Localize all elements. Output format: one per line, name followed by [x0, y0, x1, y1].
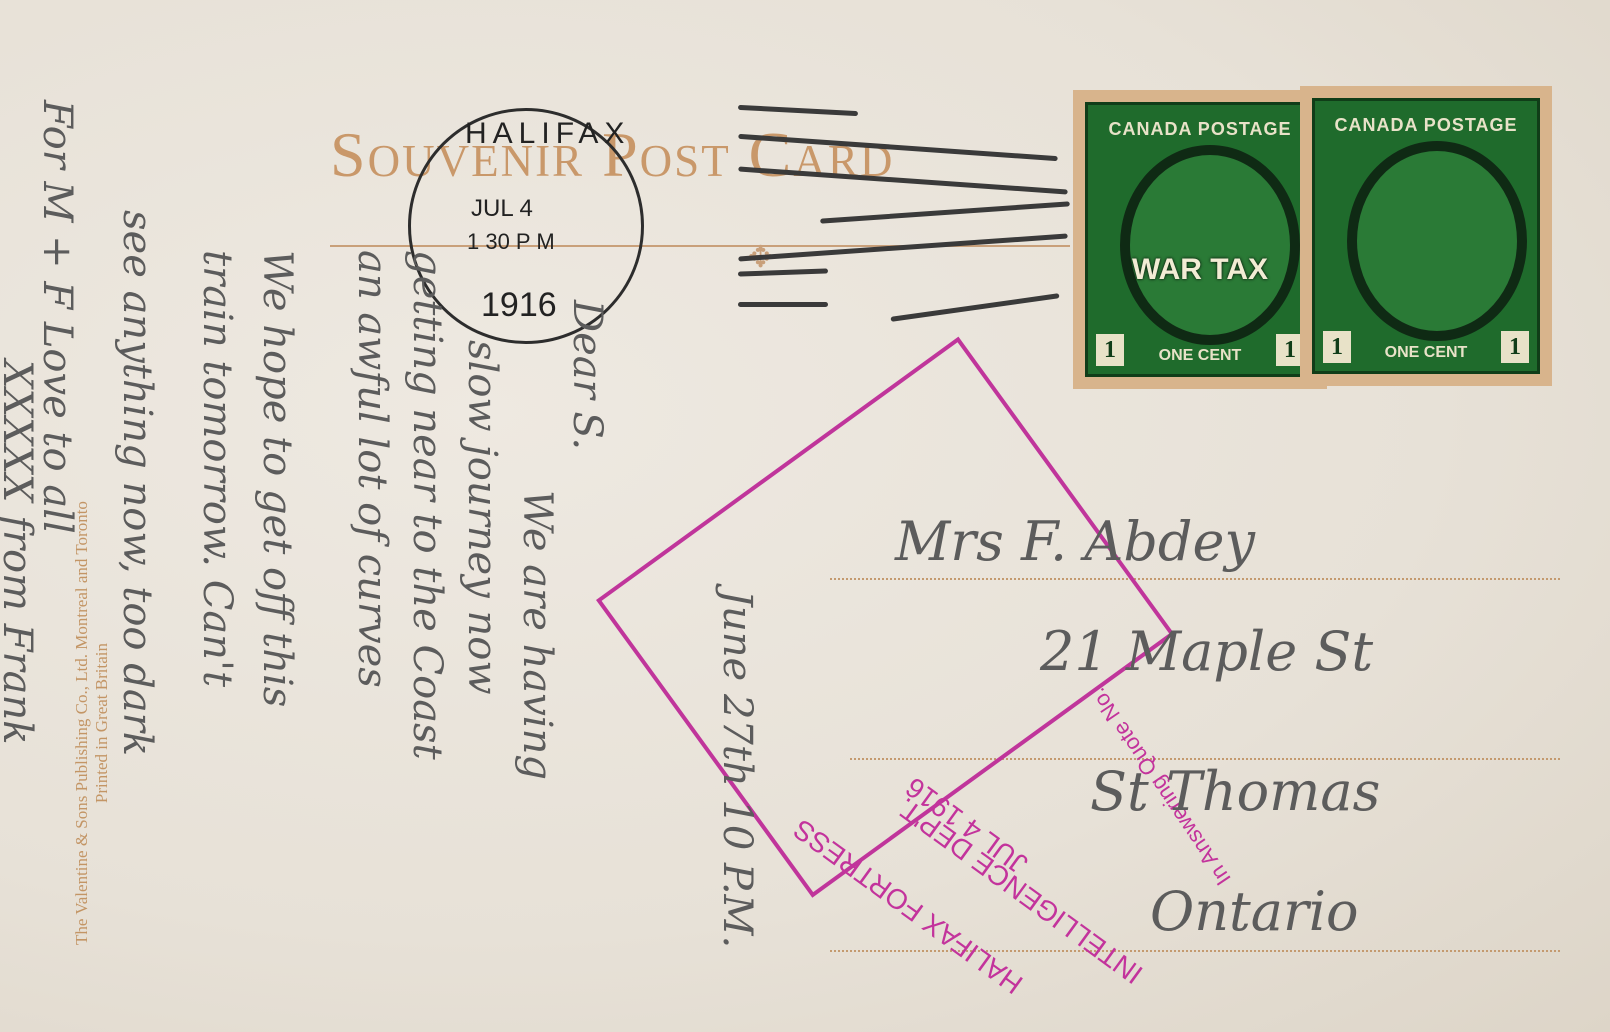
message-line-2: We are having: [514, 490, 560, 780]
message-line-7: train tomorrow. Can't: [194, 250, 240, 687]
address-line-3: St Thomas: [1090, 760, 1380, 823]
message-line-1: Dear S.: [564, 300, 610, 450]
postcard-back: Souvenir Post Card ✥ The Valentine & Son…: [0, 0, 1610, 1032]
message-line-10: XXXXX from Frank: [0, 360, 40, 744]
stamp-value-right: 1: [1501, 331, 1529, 363]
postmark-time: 1 30 P M: [467, 229, 555, 255]
king-portrait-icon: [1347, 141, 1527, 341]
publisher-line-2: Printed in Great Britain: [92, 501, 112, 945]
message-line-9: For M + F Love to all: [34, 100, 80, 534]
message-line-5: an awful lot of curves: [349, 250, 395, 688]
publisher-imprint: The Valentine & Sons Publishing Co., Ltd…: [72, 501, 112, 945]
message-line-6: We hope to get off this: [254, 250, 300, 707]
censor-stamp-frame: [596, 337, 1175, 898]
message-line-4: getting near to the Coast: [404, 250, 450, 760]
postmark-date: JUL 4: [471, 195, 533, 223]
stamp-war-tax: CANADA POSTAGE WAR TAX 1 ONE CENT 1: [1073, 90, 1327, 389]
king-portrait-icon: [1120, 145, 1300, 345]
address-line-4: Ontario: [1150, 880, 1359, 943]
address-line-1: Mrs F. Abdey: [895, 510, 1255, 573]
postmark-city: HALIFAX: [465, 117, 630, 151]
stamp-country: CANADA POSTAGE: [1088, 119, 1312, 140]
stamp-overprint: WAR TAX: [1088, 255, 1312, 285]
publisher-line-1: The Valentine & Sons Publishing Co., Ltd…: [72, 501, 92, 945]
stamp-one-cent: CANADA POSTAGE 1 ONE CENT 1: [1300, 86, 1552, 386]
address-line-2: 21 Maple St: [1040, 620, 1373, 683]
stamp-country: CANADA POSTAGE: [1315, 115, 1537, 136]
message-line-3: slow journey now: [459, 340, 505, 695]
message-date-note: June 27th 10 P.M.: [714, 590, 760, 948]
postmark-year: 1916: [481, 286, 557, 325]
address-rule: [830, 950, 1560, 952]
message-line-8: see anything now, too dark: [114, 210, 160, 756]
